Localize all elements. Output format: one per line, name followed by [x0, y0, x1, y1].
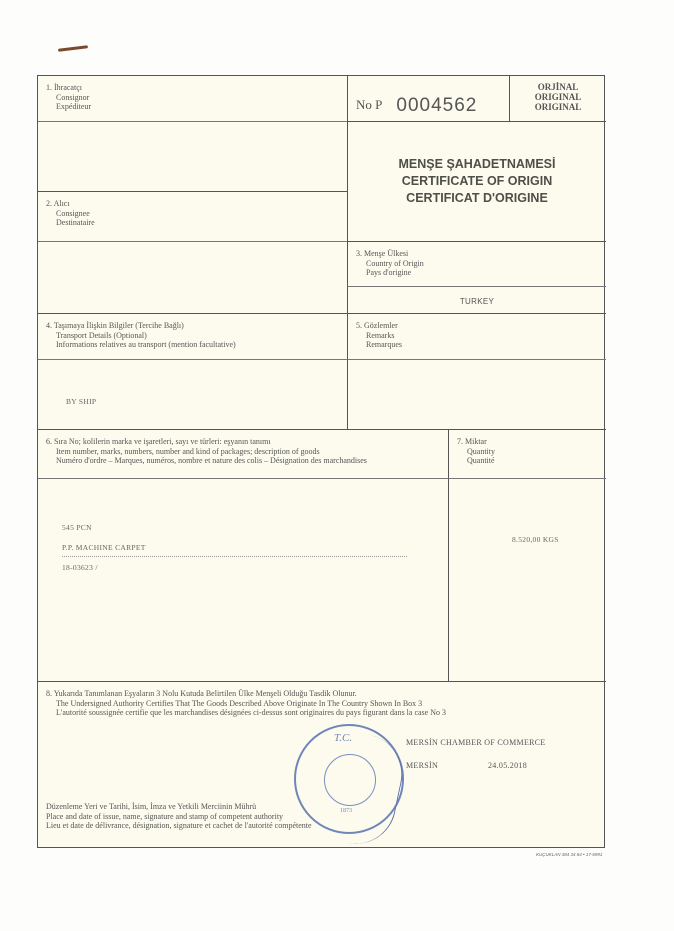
box6-goods-field[interactable]: 545 PCN P.P. MACHINE CARPET 18-03623 / — [38, 478, 448, 681]
box6-label-fr: Numéro d'ordre – Marques, numéros, nombr… — [46, 456, 448, 466]
printer-mark: KUÇUKLAN 384 34 84 • 17-6991 — [536, 852, 602, 857]
box1-label-tr: İhracatçı — [54, 83, 82, 92]
box6-label-en: Item number, marks, numbers, number and … — [46, 447, 448, 457]
box1-consignor-field[interactable] — [38, 121, 347, 191]
quantity-value: 8.520,00 KGS — [512, 535, 559, 544]
box3-label-fr: Pays d'origine — [356, 268, 606, 278]
serial-value: 0004562 — [396, 95, 477, 116]
box2-label-en: Consignee — [46, 209, 347, 219]
box3-number: 3. — [356, 249, 362, 258]
serial-prefix: No P — [356, 97, 382, 112]
box5-remarks-field[interactable] — [347, 359, 606, 429]
copy-type-tr: ORJİNAL — [510, 82, 606, 92]
box5-label: 5. Gözlemler Remarks Remarques — [347, 313, 606, 359]
box2-label-fr: Destinataire — [46, 218, 347, 228]
goods-reference: 18-03623 / — [62, 563, 98, 572]
box7-number: 7. — [457, 437, 463, 446]
box4-label-en: Transport Details (Optional) — [46, 331, 347, 341]
copy-type-box: ORJİNAL ORIGINAL ORIGINAL — [509, 76, 606, 121]
title-box: MENŞE ŞAHADETNAMESİ CERTIFICATE OF ORIGI… — [347, 121, 606, 241]
box4-label: 4. Taşımaya İlişkin Bilgiler (Tercihe Ba… — [38, 313, 347, 359]
box2-number: 2. — [46, 199, 52, 208]
serial-number-box: No P0004562 — [347, 76, 509, 121]
box4-label-tr: Taşımaya İlişkin Bilgiler (Tercihe Bağlı… — [54, 321, 184, 330]
box2-label: 2. Alıcı Consignee Destinataire — [38, 191, 347, 241]
country-of-origin-value: TURKEY — [460, 297, 494, 306]
goods-packages: 545 PCN — [62, 523, 92, 532]
box5-number: 5. — [356, 321, 362, 330]
box1-label: 1. İhracatçı Consignor Expéditeur — [38, 76, 347, 121]
box6-label: 6. Sıra No; kolilerin marka ve işaretler… — [38, 429, 448, 478]
transport-value: BY SHIP — [66, 397, 96, 406]
box3-label-en: Country of Origin — [356, 259, 606, 269]
box3-country-field[interactable]: TURKEY — [347, 286, 606, 313]
box2-consignee-field[interactable] — [38, 241, 347, 313]
serial-number: No P0004562 — [356, 93, 477, 115]
box1-number: 1. — [46, 83, 52, 92]
title-fr: CERTIFICAT D'ORIGINE — [348, 190, 606, 207]
box7-label-tr: Miktar — [465, 437, 487, 446]
box8-label-en: The Undersigned Authority Certifies That… — [46, 699, 606, 709]
title-en: CERTIFICATE OF ORIGIN — [348, 173, 606, 190]
box8-number: 8. — [46, 689, 52, 698]
document-title: MENŞE ŞAHADETNAMESİ CERTIFICATE OF ORIGI… — [348, 156, 606, 207]
box3-label: 3. Menşe Ülkesi Country of Origin Pays d… — [347, 241, 606, 286]
box4-label-fr: Informations relatives au transport (men… — [46, 340, 347, 350]
box7-label-en: Quantity — [457, 447, 606, 457]
box5-label-en: Remarks — [356, 331, 606, 341]
title-tr: MENŞE ŞAHADETNAMESİ — [348, 156, 606, 173]
box6-number: 6. — [46, 437, 52, 446]
copy-type-en: ORIGINAL — [510, 92, 606, 102]
issue-place: MERSİN — [406, 761, 438, 770]
certificate-form: 1. İhracatçı Consignor Expéditeur No P00… — [37, 75, 605, 848]
box4-transport-field[interactable]: BY SHIP — [38, 359, 347, 429]
box1-label-fr: Expéditeur — [46, 102, 347, 112]
goods-description: P.P. MACHINE CARPET — [62, 543, 146, 552]
box4-number: 4. — [46, 321, 52, 330]
box5-label-fr: Remarques — [356, 340, 606, 350]
box8-label-fr: L'autorité soussignée certifie que les m… — [46, 708, 606, 718]
dotted-separator — [62, 556, 407, 557]
box7-quantity-field[interactable]: 8.520,00 KGS — [448, 478, 606, 681]
box1-label-en: Consignor — [46, 93, 347, 103]
pen-mark — [58, 45, 88, 52]
box5-label-tr: Gözlemler — [364, 321, 398, 330]
issue-date: 24.05.2018 — [488, 761, 527, 770]
box7-label: 7. Miktar Quantity Quantité — [448, 429, 606, 478]
box3-label-tr: Menşe Ülkesi — [364, 249, 408, 258]
box2-label-tr: Alıcı — [54, 199, 70, 208]
box6-label-tr: Sıra No; kolilerin marka ve işaretleri, … — [54, 437, 271, 446]
copy-type-fr: ORIGINAL — [510, 102, 606, 112]
box8-label-tr: Yukarıda Tanımlanan Eşyaların 3 Nolu Kut… — [54, 689, 357, 698]
issuing-authority: MERSİN CHAMBER OF COMMERCE — [406, 738, 546, 747]
box7-label-fr: Quantité — [457, 456, 606, 466]
